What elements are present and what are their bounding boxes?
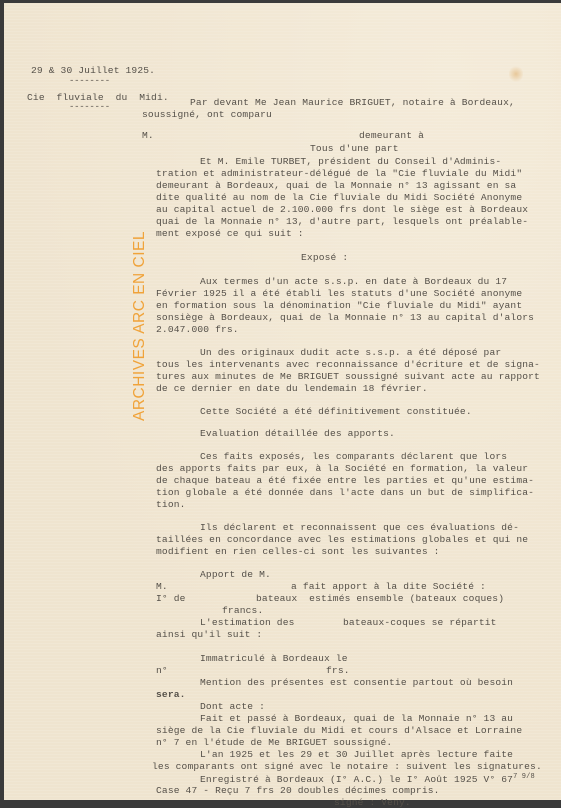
body-line: sera. (156, 689, 186, 700)
body-line: soussigné, ont comparu (142, 109, 272, 120)
body-line: tion globale a été donnée dans l'acte da… (156, 487, 534, 498)
body-line: tous les intervenants avec reconnaissanc… (156, 359, 540, 370)
folio-superscript: 7 9/8 (513, 773, 535, 781)
body-line: Aux termes d'un acte s.s.p. en date à Bo… (200, 276, 507, 287)
body-line: Février 1925 il a été établi les statuts… (156, 288, 522, 299)
body-line: Immatriculé à Bordeaux le (200, 653, 348, 664)
body-line: de ce dernier en date du lendemain 18 fé… (156, 383, 428, 394)
body-line: 2.047.000 frs. (156, 324, 239, 335)
body-line: bateaux estimés ensemble (bateaux coques… (256, 593, 504, 604)
margin-date-rule: -------- (69, 76, 110, 86)
body-line: siège de la Cie fluviale du Midi et cour… (156, 725, 522, 736)
margin-subject-rule: -------- (69, 102, 110, 112)
section-heading: Evaluation détaillée des apports. (200, 428, 395, 439)
margin-date: 29 & 30 Juillet 1925. (31, 65, 155, 76)
body-line: ainsi qu'il suit : (156, 629, 262, 640)
section-heading: Exposé : (301, 252, 348, 263)
body-line: quai de la Monnaie n° 13, d'autre part, … (156, 216, 528, 227)
body-line: dite qualité au nom de la Cie fluviale d… (156, 192, 522, 203)
body-line: Fait et passé à Bordeaux, quai de la Mon… (200, 713, 513, 724)
body-line: les comparants ont signé avec le notaire… (152, 761, 542, 772)
archives-watermark: ARCHIVES ARC EN CIEL (131, 231, 149, 421)
body-line: Par devant Me Jean Maurice BRIGUET, nota… (190, 97, 515, 108)
body-line: modifient en rien celles-ci sont les sui… (156, 546, 440, 557)
body-line: tration et administrateur-délégué de la … (156, 168, 522, 179)
body-line: I° de (156, 593, 186, 604)
body-line: en formation sous la dénomination "Cie f… (156, 300, 522, 311)
registration-line: Enregistré à Bordeaux (I° A.C.) le I° Ao… (200, 773, 535, 785)
body-line: n° 7 en l'étude de Me BRIGUET soussigné. (156, 737, 392, 748)
body-line: Et M. Emile TURBET, président du Conseil… (200, 156, 501, 167)
body-line: frs. (326, 665, 350, 676)
body-line: francs. (222, 605, 263, 616)
body-line: demeurant à Bordeaux, quai de la Monnaie… (156, 180, 516, 191)
body-line: Ils déclarent et reconnaissent que ces é… (200, 522, 519, 533)
body-line: Un des originaux dudit acte s.s.p. a été… (200, 347, 501, 358)
body-line: M. (142, 130, 154, 141)
body-line: L'estimation des (200, 617, 295, 628)
body-line: des apports faits par eux, à la Société … (156, 463, 528, 474)
body-line: Apport de M. (200, 569, 271, 580)
body-line: Tous d'une part (310, 143, 399, 154)
document-page: ARCHIVES ARC EN CIEL 29 & 30 Juillet 192… (4, 3, 561, 800)
body-line: tures aux minutes de Me BRIGUET soussign… (156, 371, 540, 382)
body-line: Dont acte : (200, 701, 265, 712)
body-line: Ces faits exposés, les comparants déclar… (200, 451, 507, 462)
body-line: n° (156, 665, 168, 676)
body-line: tion. (156, 499, 186, 510)
body-line: taillées en concordance avec les estimat… (156, 534, 528, 545)
body-line: Mention des présentes est consentie part… (200, 677, 513, 688)
paper-stain (509, 65, 523, 83)
body-line: M. (156, 581, 168, 592)
body-line: sonsiège à Bordeaux, quai de la Monnaie … (156, 312, 534, 323)
body-line: L'an 1925 et les 29 et 30 Juillet après … (200, 749, 513, 760)
body-line: bateaux-coques se répartit (343, 617, 497, 628)
body-line: ment exposé ce qui suit : (156, 228, 304, 239)
body-line: demeurant à (359, 130, 424, 141)
body-line: Case 47 - Reçu 7 frs 20 doubles décimes … (156, 785, 440, 796)
body-line: de chaque bateau a été fixée entre les p… (156, 475, 534, 486)
registration-text: Enregistré à Bordeaux (I° A.C.) le I° Ao… (200, 774, 513, 785)
body-line: a fait apport à la dite Société : (291, 581, 486, 592)
body-line: au capital actuel de 2.100.000 frs dont … (156, 204, 528, 215)
body-line: Cette Société a été définitivement const… (200, 406, 472, 417)
